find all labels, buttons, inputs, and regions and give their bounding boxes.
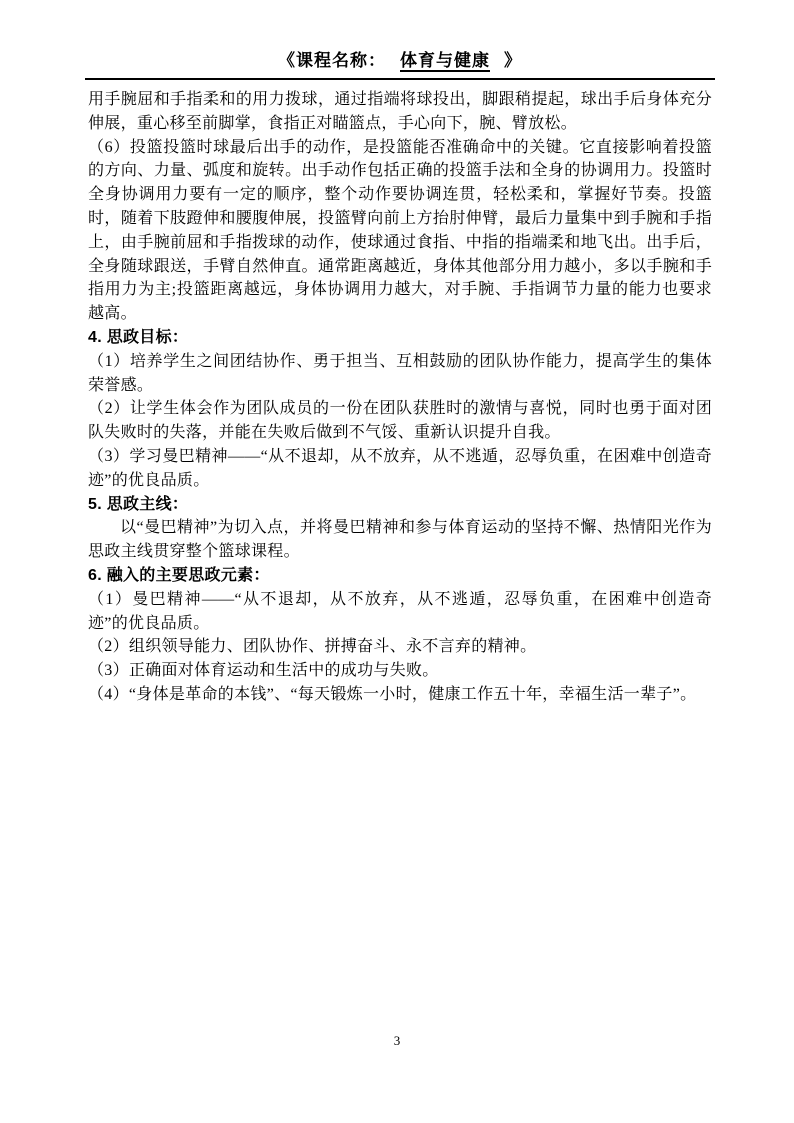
body-paragraph: （1）曼巴精神——“从不退却，从不放弃，从不逃遁，忍辱负重，在困难中创造奇迹”的… (88, 588, 712, 636)
body-paragraph: （4）“身体是革命的本钱”、“每天锻炼一小时，健康工作五十年，幸福生活一辈子”。 (88, 683, 712, 707)
page-number: 3 (0, 1033, 794, 1049)
header-suffix: 》 (504, 51, 522, 70)
body-paragraph: 用手腕屈和手指柔和的用力拨球，通过指端将球投出，脚跟稍提起，球出手后身体充分伸展… (88, 88, 712, 136)
body-paragraph: （3）学习曼巴精神——“从不退却，从不放弃，从不逃遁，忍辱负重，在困难中创造奇迹… (88, 445, 712, 493)
body-paragraph: 以“曼巴精神”为切入点，并将曼巴精神和参与体育运动的坚持不懈、热情阳光作为思政主… (88, 516, 712, 564)
body-paragraph: （2）让学生体会作为团队成员的一份在团队获胜时的激情与喜悦，同时也勇于面对团队失… (88, 397, 712, 445)
header-divider (85, 78, 715, 80)
document-page: 《课程名称：体育与健康》 用手腕屈和手指柔和的用力拨球，通过指端将球投出，脚跟稍… (0, 0, 794, 1123)
content-area: 《课程名称：体育与健康》 用手腕屈和手指柔和的用力拨球，通过指端将球投出，脚跟稍… (88, 48, 712, 707)
body-paragraph: （2）组织领导能力、团队协作、拼搏奋斗、永不言弃的精神。 (88, 635, 712, 659)
document-header: 《课程名称：体育与健康》 (88, 48, 712, 74)
document-body: 用手腕屈和手指柔和的用力拨球，通过指端将球投出，脚跟稍提起，球出手后身体充分伸展… (88, 88, 712, 707)
body-paragraph: （6）投篮投篮时球最后出手的动作，是投篮能否准确命中的关键。它直接影响着投篮的方… (88, 136, 712, 326)
section-heading-5: 5. 思政主线： (88, 493, 712, 517)
course-name: 体育与健康 (386, 51, 504, 70)
section-heading-6: 6. 融入的主要思政元素： (88, 564, 712, 588)
header-prefix: 《课程名称： (278, 51, 386, 70)
section-heading-4: 4. 思政目标： (88, 326, 712, 350)
body-paragraph: （1）培养学生之间团结协作、勇于担当、互相鼓励的团队协作能力，提高学生的集体荣誉… (88, 350, 712, 398)
body-paragraph: （3）正确面对体育运动和生活中的成功与失败。 (88, 659, 712, 683)
